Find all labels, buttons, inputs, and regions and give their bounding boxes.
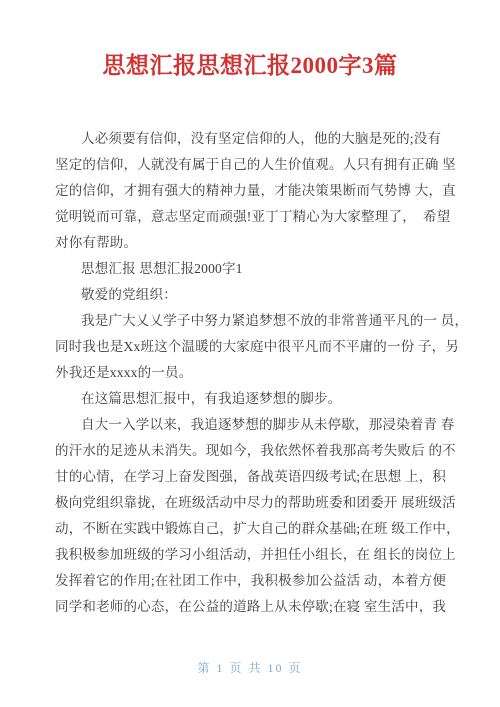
document-page: 思想汇报思想汇报2000字3篇 人必须要有信仰，没有坚定信仰的人，他的大脑是死的… [0,0,500,707]
body-line: 外我还是xxxx的一员。 [55,360,465,386]
body-line: 坚定的信仰，人就没有属于自己的人生价值观。人只有拥有正确 坚 [55,152,465,178]
body-line: 发挥着它的作用;在社团工作中，我积极参加公益活 动，本着方便 [55,568,465,594]
body-line: 在这篇思想汇报中，有我追逐梦想的脚步。 [55,386,465,412]
body-line: 同学和老师的心态，在公益的道路上从未停歇;在寝 室生活中，我 [55,594,465,620]
page-number-footer: 第 1 页 共 10 页 [0,655,500,681]
body-line: 人必须要有信仰，没有坚定信仰的人，他的大脑是死的;没有 [55,126,465,152]
body-line: 定的信仰，才拥有强大的精神力量，才能决策果断而气势博 大，直 [55,178,465,204]
body-line: 动，不断在实践中锻炼自己，扩大自己的群众基础;在班 级工作中， [55,516,465,542]
body-line: 同时我也是Xx班这个温暖的大家庭中很平凡而不平庸的一份 子，另 [55,334,465,360]
body-line: 极向党组织靠拢，在班级活动中尽力的帮助班委和团委开 展班级活 [55,490,465,516]
body-line: 我积极参加班级的学习小组活动，并担任小组长，在 组长的岗位上 [55,542,465,568]
document-title: 思想汇报思想汇报2000字3篇 [0,50,500,82]
body-line: 思想汇报 思想汇报2000字1 [55,256,465,282]
body-line: 敬爱的党组织： [55,282,465,308]
body-line: 的汗水的足迹从未消失。现如今，我依然怀着我那高考失败后 的不 [55,438,465,464]
body-line: 对你有帮助。 [55,230,465,256]
document-body: 人必须要有信仰，没有坚定信仰的人，他的大脑是死的;没有坚定的信仰，人就没有属于自… [55,126,465,620]
body-line: 我是广大乂乂学子中努力紧追梦想不放的非常普通平凡的一 员， [55,308,465,334]
body-line: 自大一入学以来，我追逐梦想的脚步从未停歇，那浸染着青 春 [55,412,465,438]
body-line: 觉明锐而可靠，意志坚定而顽强!亚丁丁精心为大家整理了， 希望 [55,204,465,230]
body-line: 甘的心情，在学习上奋发图强，备战英语四级考试;在思想 上，积 [55,464,465,490]
